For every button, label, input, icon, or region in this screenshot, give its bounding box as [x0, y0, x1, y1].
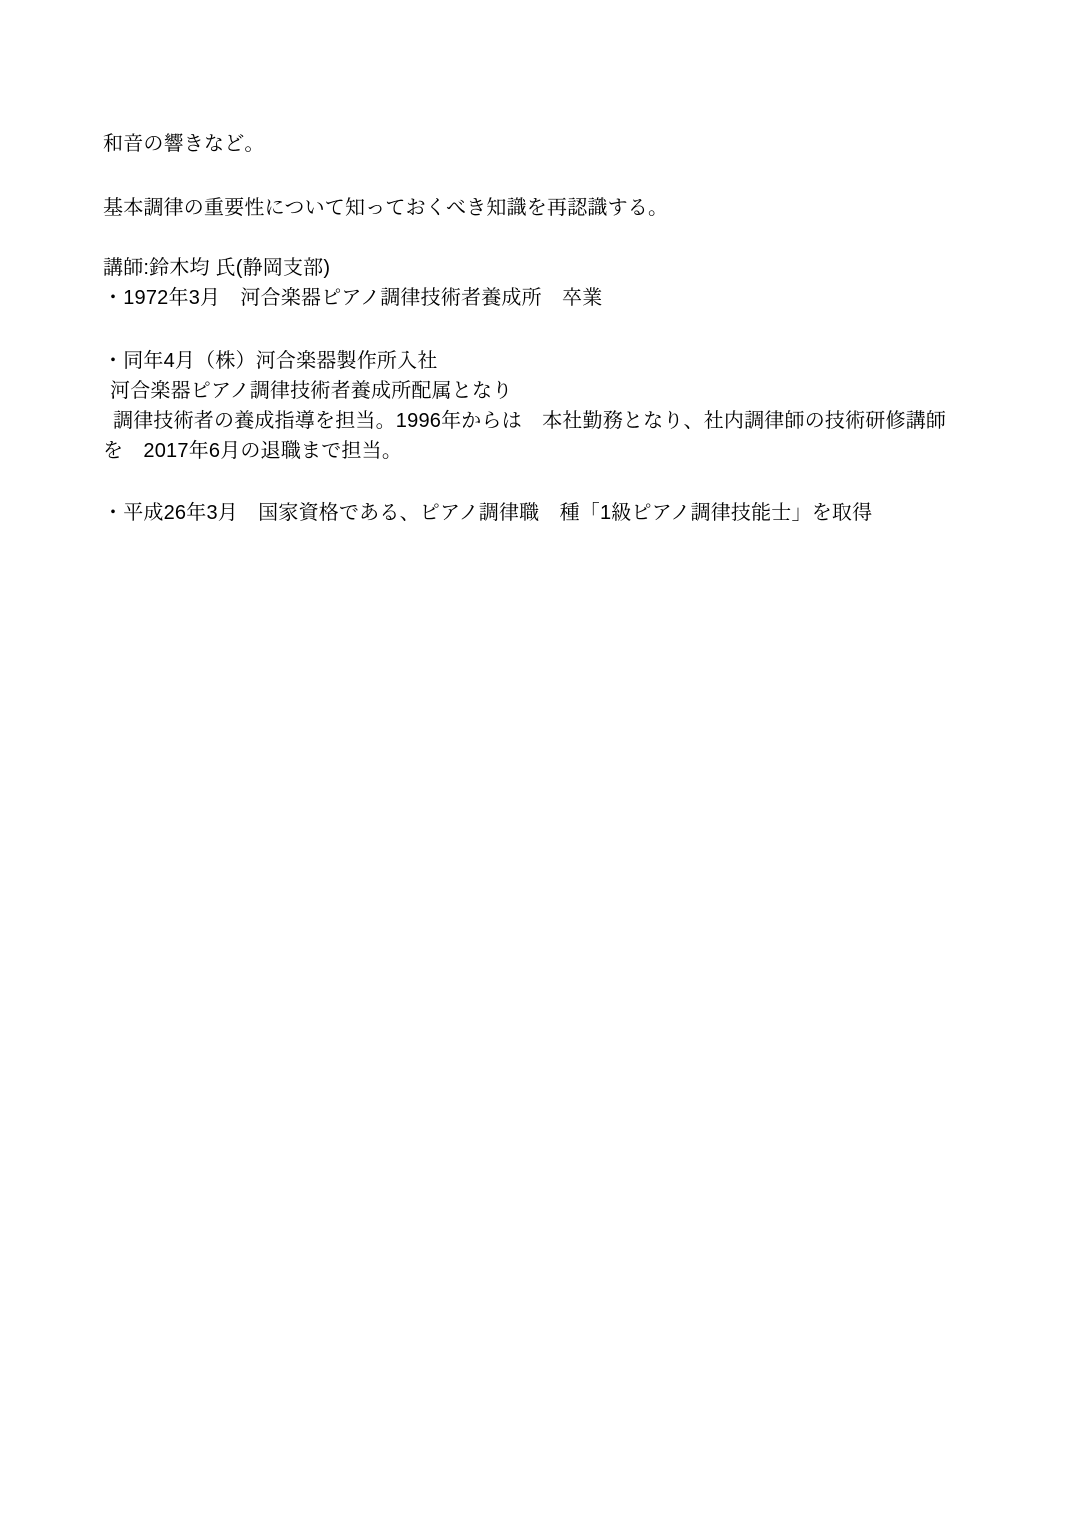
paragraph-chord-sound: 和音の響きなど。	[103, 129, 976, 159]
career-item-training-role: 調律技術者の養成指導を担当。1996年からは 本社勤務となり、社内調律師の技術研…	[103, 406, 976, 436]
paragraph-spacer	[103, 466, 976, 498]
paragraph-basic-tuning: 基本調律の重要性について知っておくべき知識を再認識する。	[103, 193, 976, 223]
lecturer-name-line: 講師:鈴木均 氏(静岡支部)	[103, 253, 976, 283]
career-item-qualification: ・平成26年3月 国家資格である、ピアノ調律職 種「1級ピアノ調律技能士」を取得	[103, 498, 976, 528]
career-item-1972: ・1972年3月 河合楽器ピアノ調律技術者養成所 卒業	[103, 283, 976, 313]
career-item-assignment: 河合楽器ピアノ調律技術者養成所配属となり	[103, 376, 976, 406]
document-page: 和音の響きなど。 基本調律の重要性について知っておくべき知識を再認識する。 講師…	[0, 0, 1076, 1522]
career-item-retirement: を 2017年6月の退職まで担当。	[103, 436, 976, 466]
paragraph-spacer	[103, 313, 976, 346]
paragraph-spacer	[103, 223, 976, 253]
career-item-joined-company: ・同年4月（株）河合楽器製作所入社	[103, 346, 976, 376]
paragraph-spacer	[103, 159, 976, 193]
